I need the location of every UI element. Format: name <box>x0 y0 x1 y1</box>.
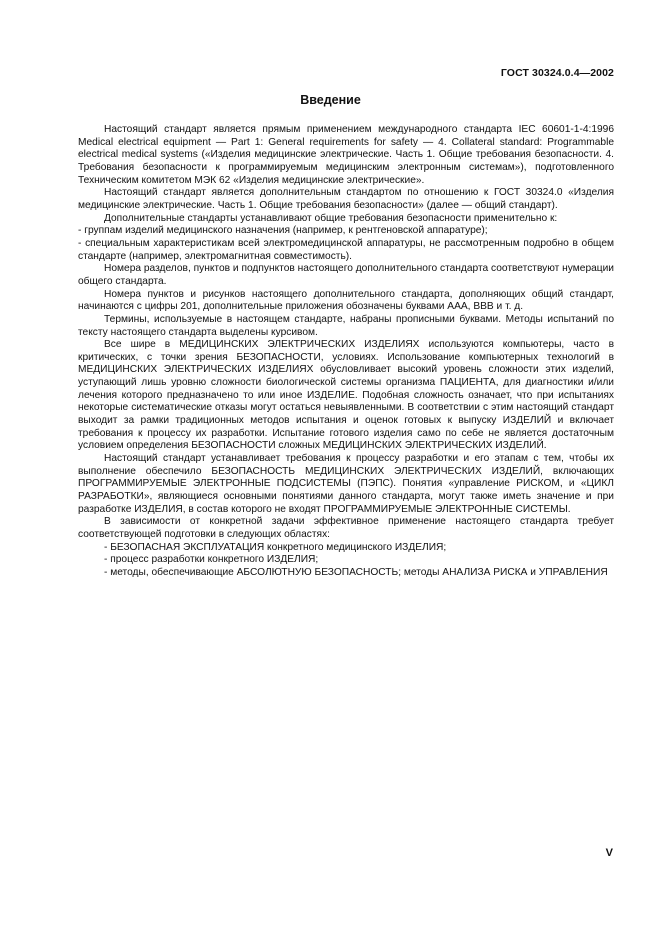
list-item: - специальным характеристикам всей элект… <box>78 238 614 263</box>
paragraph-numbering-201: Номера пунктов и рисунков настоящего доп… <box>78 289 614 314</box>
section-title: Введение <box>0 93 661 107</box>
document-page: ГОСТ 30324.0.4—2002 Введение Настоящий с… <box>0 0 661 935</box>
document-body: Настоящий стандарт является прямым приме… <box>78 124 614 580</box>
page-number: V <box>606 847 613 859</box>
list-item: - процесс разработки конкретного ИЗДЕЛИЯ… <box>78 554 614 567</box>
paragraph-supplementary: Настоящий стандарт является дополнительн… <box>78 187 614 212</box>
standard-code-header: ГОСТ 30324.0.4—2002 <box>501 67 614 79</box>
list-item: - БЕЗОПАСНАЯ ЭКСПЛУАТАЦИЯ конкретного ме… <box>78 542 614 555</box>
list-item: - методы, обеспечивающие АБСОЛЮТНУЮ БЕЗО… <box>78 567 614 580</box>
paragraph-intro: Настоящий стандарт является прямым приме… <box>78 124 614 187</box>
paragraph-terms: Термины, используемые в настоящем станда… <box>78 314 614 339</box>
paragraph-numbering: Номера разделов, пунктов и подпунктов на… <box>78 263 614 288</box>
paragraph-process: Настоящий стандарт устанавливает требова… <box>78 453 614 516</box>
list-item: - группам изделий медицинского назначени… <box>78 225 614 238</box>
paragraph-requirements: Дополнительные стандарты устанавливают о… <box>78 213 614 226</box>
paragraph-training: В зависимости от конкретной задачи эффек… <box>78 516 614 541</box>
paragraph-computers: Все шире в МЕДИЦИНСКИХ ЭЛЕКТРИЧЕСКИХ ИЗД… <box>78 339 614 453</box>
